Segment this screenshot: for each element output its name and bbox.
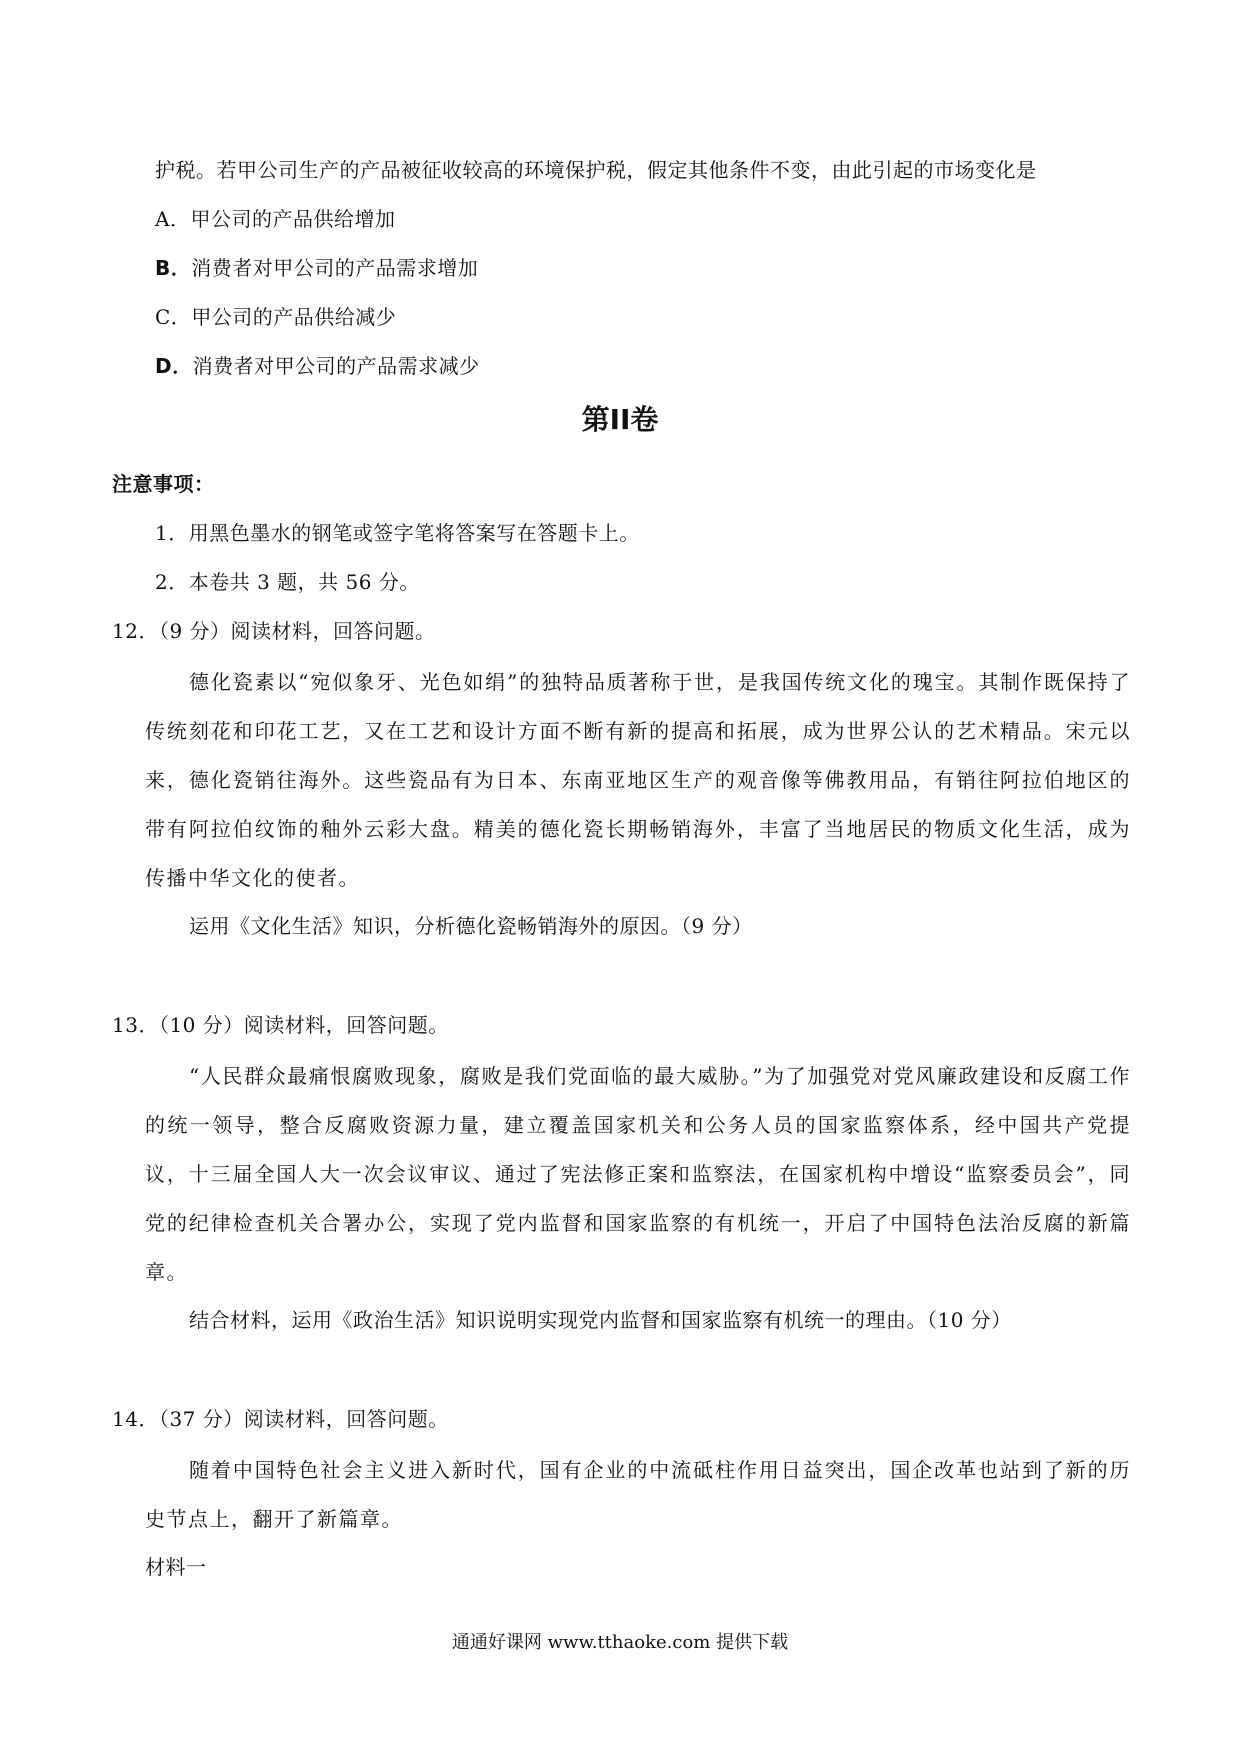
q14-intro: 随着中国特色社会主义进入新时代，国有企业的中流砥柱作用日益突出，国企改革也站到了… [145, 1446, 1131, 1544]
option-text: 甲公司的产品供给增加 [190, 207, 395, 231]
notes-heading: 注意事项： [112, 470, 215, 498]
note-item-1: 1．用黑色墨水的钢笔或签字笔将答案写在答题卡上。 [155, 519, 640, 547]
q13-material: “人民群众最痛恨腐败现象，腐败是我们党面临的最大威胁。”为了加强党对党风廉政建设… [145, 1052, 1131, 1297]
note-item-2: 2．本卷共 3 题，共 56 分。 [155, 568, 420, 596]
q13-header: 13．（10 分）阅读材料，回答问题。 [112, 1011, 449, 1039]
q11-option-c: C．甲公司的产品供给减少 [155, 303, 396, 331]
q11-stem-tail: 护税。若甲公司生产的产品被征收较高的环境保护税，假定其他条件不变，由此引起的市场… [155, 156, 1037, 184]
q12-header: 12．（9 分）阅读材料，回答问题。 [112, 617, 436, 645]
q11-option-b: B．消费者对甲公司的产品需求增加 [155, 254, 478, 282]
option-text: 消费者对甲公司的产品需求减少 [193, 354, 480, 378]
q13-question: 结合材料，运用《政治生活》知识说明实现党内监督和国家监察有机统一的理由。（10 … [189, 1306, 1012, 1334]
page-footer: 通通好课网 www.tthaoke.com 提供下载 [0, 1628, 1240, 1654]
option-text: 消费者对甲公司的产品需求增加 [191, 256, 478, 280]
option-label: D． [155, 354, 193, 378]
section-title: 第II卷 [0, 398, 1240, 438]
q12-material: 德化瓷素以“宛似象牙、光色如绢”的独特品质著称于世，是我国传统文化的瑰宝。其制作… [145, 658, 1131, 903]
q11-option-d: D．消费者对甲公司的产品需求减少 [155, 352, 480, 380]
option-text: 甲公司的产品供给减少 [191, 305, 396, 329]
option-label: A． [155, 207, 190, 231]
q12-question: 运用《文化生活》知识，分析德化瓷畅销海外的原因。（9 分） [189, 912, 753, 940]
option-label: B． [155, 256, 191, 280]
q14-header: 14．（37 分）阅读材料，回答问题。 [112, 1405, 449, 1433]
option-label: C． [155, 305, 191, 329]
q11-option-a: A．甲公司的产品供给增加 [155, 205, 395, 233]
q14-material-label: 材料一 [145, 1553, 207, 1581]
